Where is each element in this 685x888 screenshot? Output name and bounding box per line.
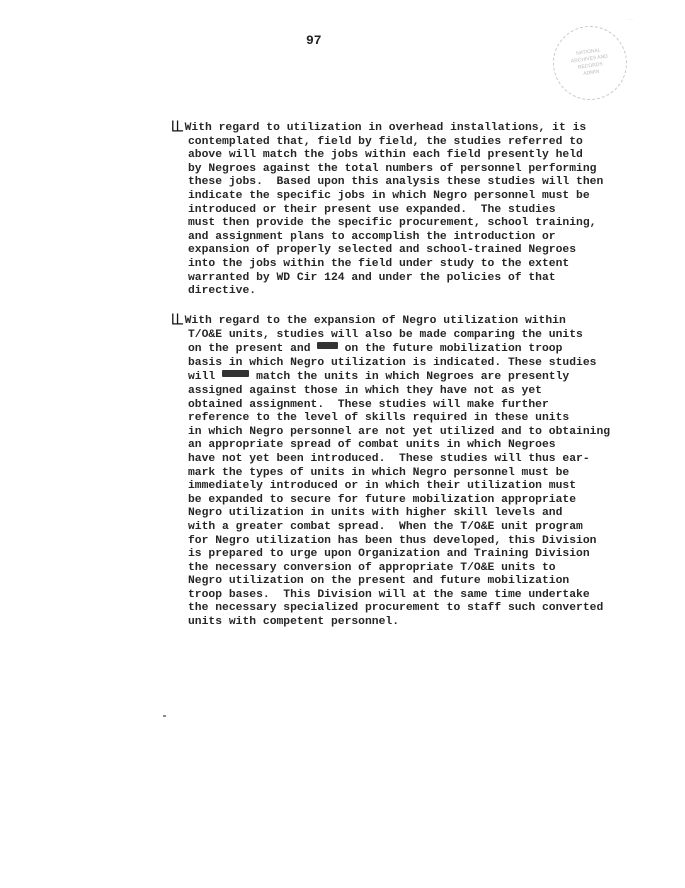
page-number: 97 (306, 33, 322, 48)
text-line: on the present and xxx on the future mob… (171, 342, 610, 357)
paragraph-overhead-installations: LLWith regard to utilization in overhead… (171, 120, 603, 299)
text-line: be expanded to secure for future mobiliz… (171, 494, 610, 508)
text-line: will xxxx match the units in which Negro… (171, 370, 610, 385)
paragraph-toe-units: LLWith regard to the expansion of Negro … (171, 313, 610, 630)
text-line: above will match the jobs within each fi… (171, 149, 603, 163)
text-line: mark the types of units in which Negro p… (171, 467, 610, 481)
text-line: expansion of properly selected and schoo… (171, 244, 603, 258)
text-line: basis in which Negro utilization is indi… (171, 357, 610, 371)
text-line: and assignment plans to accomplish the i… (171, 231, 603, 245)
text-line: with a greater combat spread. When the T… (171, 521, 610, 535)
stray-mark (163, 715, 166, 717)
text-line: is prepared to urge upon Organization an… (171, 548, 610, 562)
text-line: the necessary specialized procurement to… (171, 602, 610, 616)
paragraph-marker: LL (171, 312, 181, 327)
text-line: Negro utilization on the present and fut… (171, 575, 610, 589)
text-line: have not yet been introduced. These stud… (171, 453, 610, 467)
stamp-corner-mark: … (628, 16, 633, 22)
text-line: Negro utilization in units with higher s… (171, 507, 610, 521)
text-line: LLWith regard to utilization in overhead… (171, 120, 603, 136)
text-line: by Negroes against the total numbers of … (171, 163, 603, 177)
text-line: LLWith regard to the expansion of Negro … (171, 313, 610, 329)
text-line: an appropriate spread of combat units in… (171, 439, 610, 453)
text-line: units with competent personnel. (171, 616, 610, 630)
struck-out-word: xxxx (222, 370, 249, 377)
text-line: introduced or their present use expanded… (171, 204, 603, 218)
text-line: must then provide the specific procureme… (171, 217, 603, 231)
text-line: in which Negro personnel are not yet uti… (171, 426, 610, 440)
text-line: the necessary conversion of appropriate … (171, 562, 610, 576)
text-line: directive. (171, 285, 603, 299)
text-line: T/O&E units, studies will also be made c… (171, 329, 610, 343)
text-line: contemplated that, field by field, the s… (171, 136, 603, 150)
text-line: reference to the level of skills require… (171, 412, 610, 426)
paragraph-marker: LL (171, 119, 181, 134)
text-line: these jobs. Based upon this analysis the… (171, 176, 603, 190)
archive-stamp: NATIONAL ARCHIVES AND RECORDS ADMIN (548, 21, 632, 105)
text-line: for Negro utilization has been thus deve… (171, 535, 610, 549)
text-line: into the jobs within the field under stu… (171, 258, 603, 272)
text-line: obtained assignment. These studies will … (171, 399, 610, 413)
stamp-line: ADMIN (583, 69, 600, 78)
text-line: immediately introduced or in which their… (171, 480, 610, 494)
text-line: troop bases. This Division will at the s… (171, 589, 610, 603)
text-line: assigned against those in which they hav… (171, 385, 610, 399)
struck-out-word: xxx (317, 342, 337, 349)
text-line: indicate the specific jobs in which Negr… (171, 190, 603, 204)
text-line: warranted by WD Cir 124 and under the po… (171, 272, 603, 286)
